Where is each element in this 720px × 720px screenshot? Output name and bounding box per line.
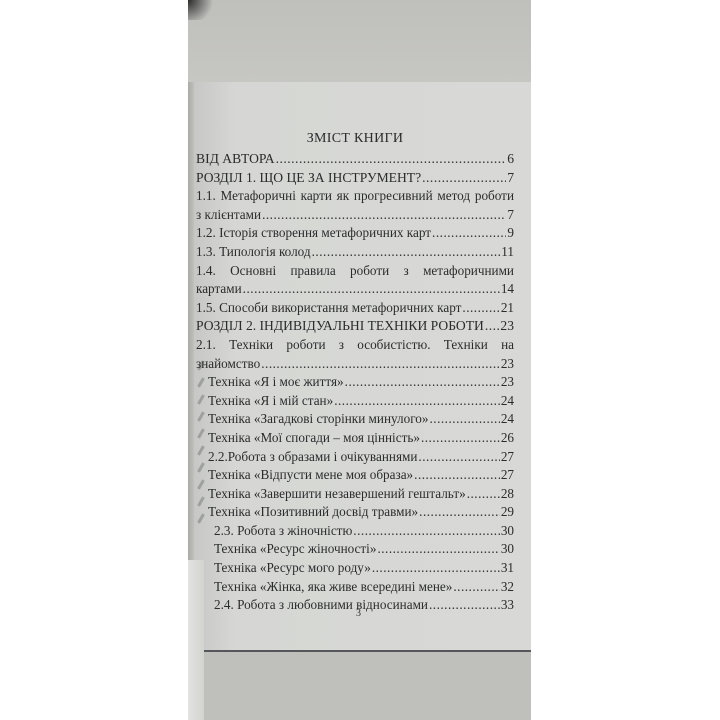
toc-entry-label: Техніка «Жінка, яка живе всередині мене»	[214, 578, 452, 597]
toc-entry-page: 14	[501, 280, 514, 299]
dot-leader	[418, 448, 499, 467]
toc-entry-label: Техніка «Відпусти мене моя образа»	[208, 466, 413, 485]
toc-entry: Техніка «Жінка, яка живе всередині мене»…	[196, 578, 514, 597]
toc-entry-label: РОЗДІЛ 2. ІНДИВІДУАЛЬНІ ТЕХНІКИ РОБОТИ	[196, 317, 484, 336]
toc-entry-label: Техніка «Ресурс жіночності»	[214, 540, 376, 559]
toc-entry: 1.2. Історія створення метафоричних карт…	[196, 224, 514, 243]
toc-entry-page: 6	[507, 150, 514, 169]
dot-leader	[432, 224, 506, 243]
toc-entry-label: 1.3. Типологія колод	[196, 243, 311, 262]
toc-entry-label: 1.1. Метафоричні карти як прогресивний м…	[196, 187, 514, 206]
dot-leader	[429, 596, 500, 615]
toc-title: ЗМІСТ КНИГИ	[196, 131, 514, 147]
toc-entry: з клієнтами7	[196, 206, 514, 225]
dot-leader	[429, 410, 499, 429]
dot-leader	[419, 503, 500, 522]
toc-entry: 1.3. Типологія колод11	[196, 243, 514, 262]
toc-entry: Техніка «Завершити незавершений гештальт…	[196, 485, 514, 504]
toc-entry-label: Техніка «Мої спогади – моя цінність»	[208, 429, 420, 448]
toc-entry: Техніка «Ресурс жіночності»30	[196, 540, 514, 559]
dot-leader	[243, 280, 500, 299]
dot-leader	[345, 373, 500, 392]
toc-entry-label: Техніка «Завершити незавершений гештальт…	[208, 485, 466, 504]
dot-leader	[422, 169, 506, 188]
dot-leader	[485, 317, 500, 336]
toc-entry-label: з клієнтами	[196, 206, 261, 225]
toc-entry-page: 27	[501, 466, 514, 485]
toc-entry-label: Техніка «Я і моє життя»	[208, 373, 344, 392]
toc-entry-label: Техніка «Я і мій стан»	[208, 392, 333, 411]
dot-leader	[462, 299, 499, 318]
underlying-page	[198, 652, 531, 720]
dot-leader	[312, 243, 501, 262]
toc-entry-page: 27	[501, 448, 514, 467]
previous-page	[188, 0, 531, 82]
dot-leader	[261, 355, 500, 374]
toc-entry-page: 30	[501, 522, 514, 541]
toc-entry: Техніка «Загадкові сторінки минулого»24	[196, 410, 514, 429]
toc-entry-label: 1.4. Основні правила роботи з метафоричн…	[196, 262, 514, 281]
toc-entry-page: 31	[501, 559, 514, 578]
toc-entries: ВІД АВТОРА6РОЗДІЛ 1. ЩО ЦЕ ЗА ІНСТРУМЕНТ…	[196, 150, 514, 615]
toc-entry-page: 33	[501, 596, 514, 615]
toc-entry-page: 7	[507, 206, 514, 225]
toc-entry: Техніка «Відпусти мене моя образа»27	[196, 466, 514, 485]
table-of-contents: ЗМІСТ КНИГИ ВІД АВТОРА6РОЗДІЛ 1. ЩО ЦЕ З…	[196, 131, 514, 615]
toc-entry-page: 28	[501, 485, 514, 504]
toc-entry: Техніка «Мої спогади – моя цінність»26	[196, 429, 514, 448]
toc-entry-label: 2.4. Робота з любовними відносинами	[214, 596, 428, 615]
dot-leader	[414, 466, 500, 485]
toc-entry-page: 7	[507, 169, 514, 188]
toc-entry: РОЗДІЛ 1. ЩО ЦЕ ЗА ІНСТРУМЕНТ?7	[196, 169, 514, 188]
dot-leader	[467, 485, 500, 504]
toc-entry-label: картами	[196, 280, 242, 299]
dot-leader	[372, 559, 500, 578]
toc-entry-page: 29	[501, 503, 514, 522]
toc-entry-page: 21	[501, 299, 514, 318]
toc-entry: 1.5. Способи використання метафоричних к…	[196, 299, 514, 318]
dot-leader	[453, 578, 499, 597]
toc-entry: 2.1. Техніки роботи з особистістю. Техні…	[196, 336, 514, 355]
toc-entry-page: 26	[501, 429, 514, 448]
toc-entry: Техніка «Я і моє життя»23	[196, 373, 514, 392]
toc-entry-label: Техніка «Ресурс мого роду»	[214, 559, 371, 578]
toc-entry-page: 23	[500, 317, 514, 336]
dot-leader	[377, 540, 499, 559]
toc-entry: 2.4. Робота з любовними відносинами33	[196, 596, 514, 615]
toc-entry: Техніка «Я і мій стан»24	[196, 392, 514, 411]
toc-entry: 1.1. Метафоричні карти як прогресивний м…	[196, 187, 514, 206]
toc-entry-label: знайомство	[196, 355, 260, 374]
toc-entry-page: 24	[501, 392, 514, 411]
dot-leader	[334, 392, 500, 411]
toc-entry-page: 23	[501, 373, 514, 392]
toc-entry: 2.2.Робота з образами і очікуваннями27	[196, 448, 514, 467]
toc-entry-page: 9	[507, 224, 514, 243]
toc-entry-label: Техніка «Загадкові сторінки минулого»	[208, 410, 428, 429]
dot-leader	[421, 429, 500, 448]
toc-entry-page: 32	[501, 578, 514, 597]
toc-entry-label: ВІД АВТОРА	[196, 150, 275, 169]
toc-entry-page: 23	[501, 355, 514, 374]
shadow	[188, 0, 218, 20]
dot-leader	[353, 522, 500, 541]
toc-entry-label: Техніка «Позитивний досвід травми»	[208, 503, 418, 522]
toc-entry-label: 2.3. Робота з жіночністю	[214, 522, 352, 541]
toc-entry-label: 1.5. Способи використання метафоричних к…	[196, 299, 461, 318]
toc-entry-page: 24	[501, 410, 514, 429]
toc-entry-page: 11	[501, 243, 514, 262]
toc-entry-label: 2.2.Робота з образами і очікуваннями	[208, 448, 417, 467]
toc-entry: знайомство23	[196, 355, 514, 374]
toc-entry: ВІД АВТОРА6	[196, 150, 514, 169]
dot-leader	[276, 150, 507, 169]
toc-entry: Техніка «Ресурс мого роду»31	[196, 559, 514, 578]
toc-entry: Техніка «Позитивний досвід травми»29	[196, 503, 514, 522]
toc-entry: 1.4. Основні правила роботи з метафоричн…	[196, 262, 514, 281]
toc-entry: 2.3. Робота з жіночністю30	[196, 522, 514, 541]
toc-entry-page: 30	[501, 540, 514, 559]
toc-entry: РОЗДІЛ 2. ІНДИВІДУАЛЬНІ ТЕХНІКИ РОБОТИ23	[196, 317, 514, 336]
toc-entry-label: 2.1. Техніки роботи з особистістю. Техні…	[196, 336, 514, 355]
toc-entry-label: РОЗДІЛ 1. ЩО ЦЕ ЗА ІНСТРУМЕНТ?	[196, 169, 421, 188]
page-number: 3	[356, 608, 361, 619]
toc-entry-label: 1.2. Історія створення метафоричних карт	[196, 224, 431, 243]
toc-entry: картами14	[196, 280, 514, 299]
dot-leader	[262, 206, 506, 225]
